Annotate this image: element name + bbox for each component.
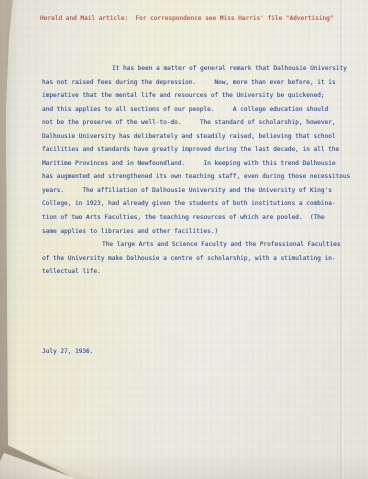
typed-line: years. The affiliation of Dalhousie Univ… bbox=[42, 184, 350, 198]
typed-line: tellectual life. bbox=[42, 265, 350, 279]
typed-line: Dalhousie University has deliberately an… bbox=[42, 130, 350, 144]
typed-line: The large Arts and Science Faculty and t… bbox=[42, 238, 350, 252]
typed-line: has not raised fees during the depressio… bbox=[42, 76, 350, 90]
typed-line: Maritime Provinces and in Newfoundland. … bbox=[42, 157, 350, 171]
scanned-document: Herald and Mail article: For corresponde… bbox=[0, 0, 368, 479]
typed-line: College, in 1923, had already given the … bbox=[42, 197, 350, 211]
typed-line: and this applies to all sections of our … bbox=[42, 103, 350, 117]
typed-line: facilities and standards have greatly im… bbox=[42, 143, 350, 157]
date-line: July 27, 1936. bbox=[42, 347, 93, 357]
typed-line: It has been a matter of general remark t… bbox=[42, 62, 350, 76]
typed-line: of the University make Dalhousie a centr… bbox=[42, 252, 350, 266]
typed-body: It has been a matter of general remark t… bbox=[42, 62, 350, 279]
red-annotation: Herald and Mail article: For corresponde… bbox=[40, 14, 334, 23]
typed-line: has augmented and strengthened its own t… bbox=[42, 170, 350, 184]
typed-line: imperative that the mental life and reso… bbox=[42, 89, 350, 103]
typed-line: not be the preserve of the well-to-do. T… bbox=[42, 116, 350, 130]
typed-line: tion of two Arts Faculties, the teaching… bbox=[42, 211, 350, 225]
typed-line: same applies to libraries and other faci… bbox=[42, 225, 350, 239]
